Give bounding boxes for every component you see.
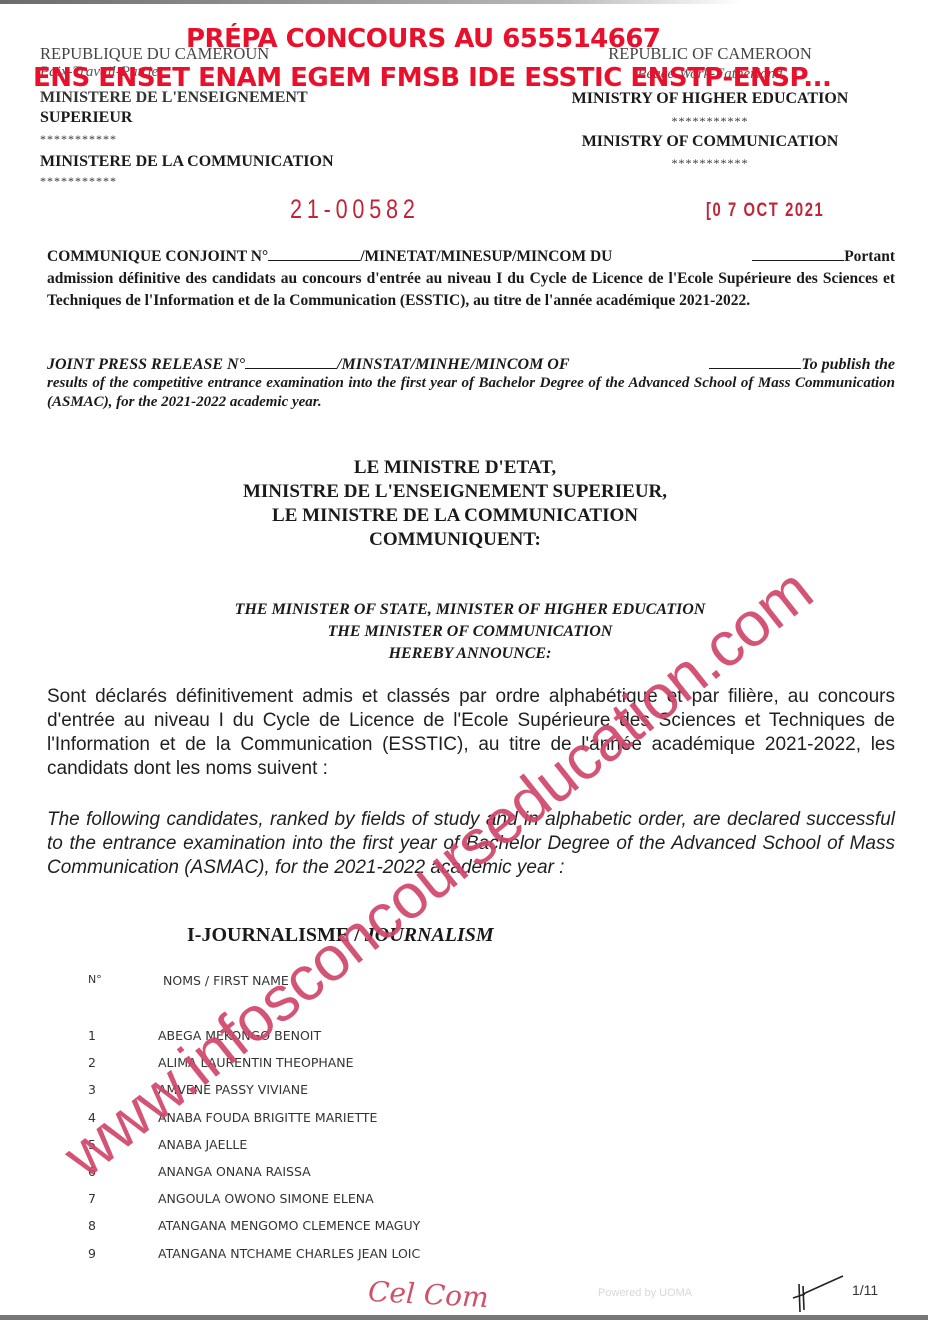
date-stamp: [0 7 OCT 2021: [706, 200, 824, 222]
communique-en-middle: /MINSTAT/MINHE/MINCOM OF: [337, 356, 570, 373]
scan-edge: [0, 0, 928, 4]
candidate-name: ANABA JAELLE: [158, 1137, 247, 1152]
candidate-name: ATANGANA NTCHAME CHARLES JEAN LOIC: [158, 1246, 420, 1261]
candidate-name: ANGOULA OWONO SIMONE ELENA: [158, 1191, 374, 1206]
communique-fr: COMMUNIQUE CONJOINT N°/MINETAT/MINESUP/M…: [47, 246, 895, 312]
ministry-higher-ed-fr-line2: SUPERIEUR: [40, 108, 132, 128]
announcers-fr: LE MINISTRE D'ETAT, MINISTRE DE L'ENSEIG…: [100, 456, 810, 552]
announcer-line: LE MINISTRE DE LA COMMUNICATION: [100, 504, 810, 528]
communique-en: JOINT PRESS RELEASE N°/MINSTAT/MINHE/MIN…: [47, 355, 895, 412]
candidate-number: 8: [88, 1218, 96, 1233]
separator-stars: ***********: [40, 174, 117, 188]
communique-fr-body: admission définitive des candidats au co…: [47, 268, 895, 312]
powered-by: Powered by UOMA: [598, 1287, 692, 1299]
separator-stars: ***********: [40, 132, 117, 146]
candidate-number: 9: [88, 1246, 96, 1261]
promo-banner-line2: ENS ENSET ENAM EGEM FMSB IDE ESSTIC ENST…: [33, 63, 831, 93]
list-item: 6ANANGA ONANA RAISSA: [88, 1164, 488, 1184]
list-item: 7ANGOULA OWONO SIMONE ELENA: [88, 1191, 488, 1211]
blank-number: [268, 248, 360, 261]
page-number: 1/11: [852, 1282, 878, 1298]
candidate-number: 7: [88, 1191, 96, 1206]
handwritten-note: Cel Com: [367, 1275, 489, 1314]
ministry-communication-fr: MINISTERE DE LA COMMUNICATION: [40, 152, 334, 172]
candidate-name: ATANGANA MENGOMO CLEMENCE MAGUY: [158, 1218, 420, 1233]
blank-date: [709, 356, 801, 369]
list-item: 8ATANGANA MENGOMO CLEMENCE MAGUY: [88, 1218, 488, 1238]
communique-en-body: results of the competitive entrance exam…: [47, 374, 895, 412]
candidate-number: 2: [88, 1055, 96, 1070]
separator-stars: ***********: [530, 156, 890, 170]
reference-number-stamp: 21-00582: [290, 194, 420, 225]
communique-fr-prefix: COMMUNIQUE CONJOINT N°: [47, 248, 268, 265]
candidate-number: 1: [88, 1028, 96, 1043]
candidate-name: ANANGA ONANA RAISSA: [158, 1164, 311, 1179]
scan-edge: [0, 1315, 928, 1320]
communique-en-prefix: JOINT PRESS RELEASE N°: [47, 356, 245, 373]
announcer-line: MINISTRE DE L'ENSEIGNEMENT SUPERIEUR,: [100, 480, 810, 504]
blank-date: [752, 248, 844, 261]
communique-en-suffix: To publish the: [801, 356, 895, 373]
announcer-line: LE MINISTRE D'ETAT,: [100, 456, 810, 480]
promo-banner-line1: PRÉPA CONCOURS AU 655514667: [186, 24, 661, 54]
intro-fr: Sont déclarés définitivement admis et cl…: [47, 685, 895, 781]
separator-stars: ***********: [530, 114, 890, 128]
list-item: 9ATANGANA NTCHAME CHARLES JEAN LOIC: [88, 1246, 488, 1266]
column-number: N°: [88, 973, 102, 986]
communique-fr-suffix: Portant: [844, 248, 895, 265]
blank-number: [245, 356, 337, 369]
announcer-line: COMMUNIQUENT:: [100, 528, 810, 552]
candidate-number: 3: [88, 1082, 96, 1097]
communique-fr-middle: /MINETAT/MINESUP/MINCOM DU: [360, 248, 612, 265]
ministry-communication-en: MINISTRY OF COMMUNICATION: [530, 132, 890, 152]
signature-icon: [785, 1272, 845, 1317]
